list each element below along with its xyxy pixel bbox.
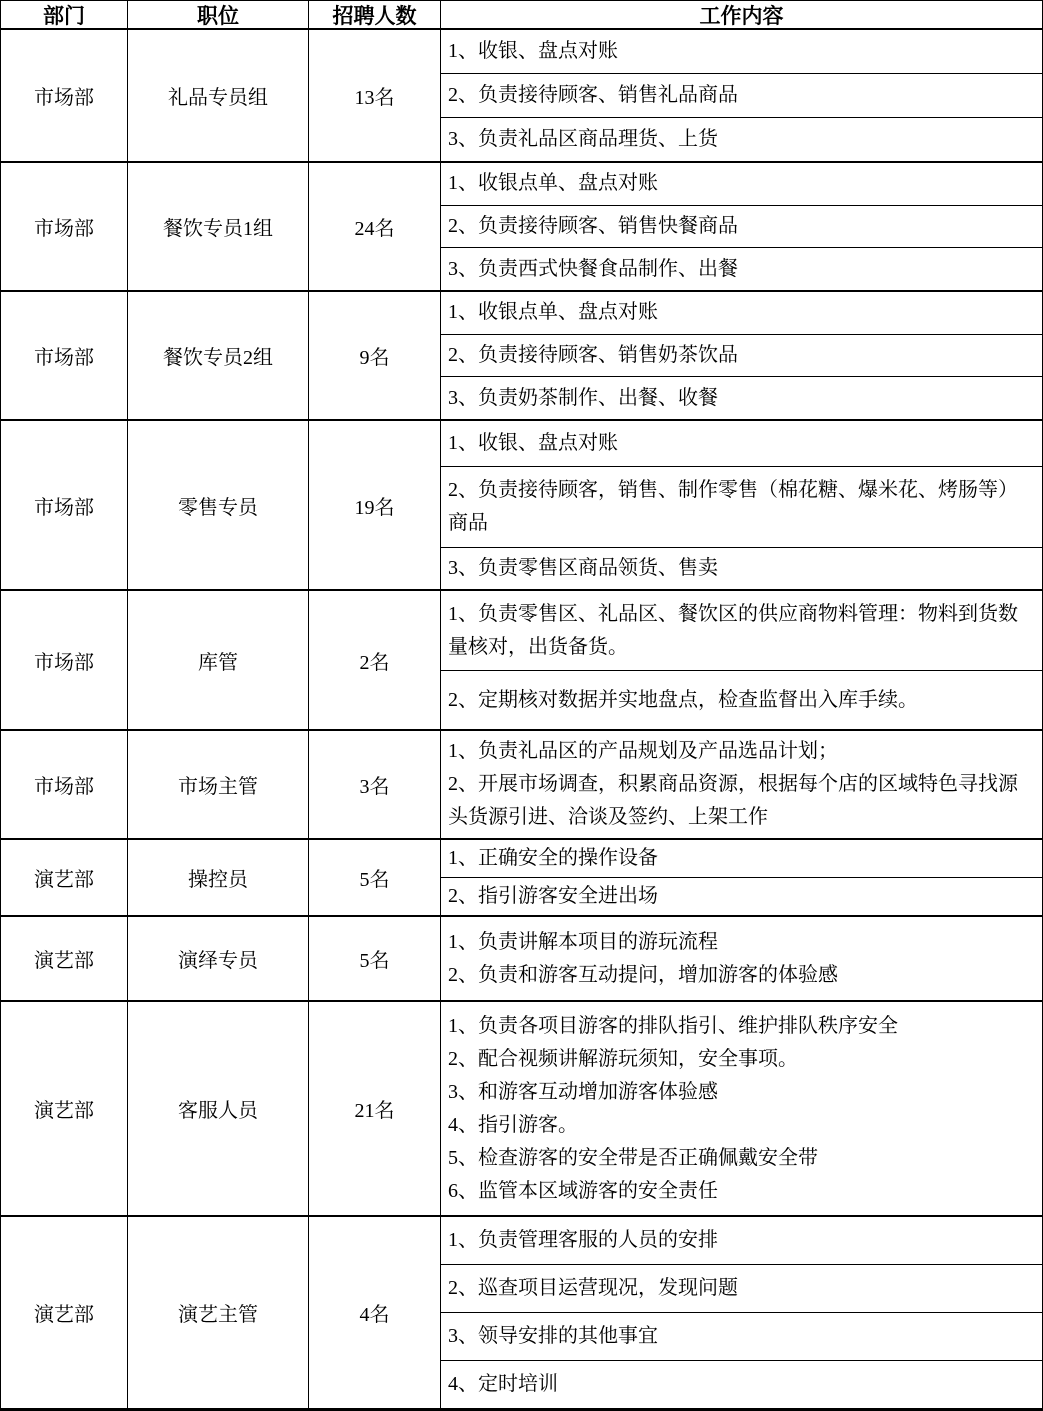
position-cell: 礼品专员组 (128, 30, 309, 161)
department-cell: 市场部 (1, 30, 128, 161)
task-item: 3、和游客互动增加游客体验感 (448, 1076, 1032, 1109)
task-item: 1、负责零售区、礼品区、餐饮区的供应商物料管理：物料到货数量核对，出货备货。 (441, 591, 1042, 671)
position-text: 零售专员 (178, 491, 258, 520)
header-cell-department: 部门 (1, 1, 128, 28)
position-text: 演艺主管 (178, 1298, 258, 1327)
tasks-cell: 1、收银点单、盘点对账 2、负责接待顾客、销售快餐商品 3、负责西式快餐食品制作… (441, 163, 1042, 290)
department-cell: 市场部 (1, 163, 128, 290)
count-cell: 19名 (309, 421, 441, 589)
department-text: 市场部 (34, 646, 94, 675)
tasks-cell: 1、负责管理客服的人员的安排 2、巡查项目运营现况，发现问题 3、领导安排的其他… (441, 1217, 1042, 1408)
count-text: 13名 (355, 81, 395, 110)
task-item: 3、领导安排的其他事宜 (441, 1313, 1042, 1361)
table-row-marketing-supervisor: 市场部 市场主管 3名 1、负责礼品区的产品规划及产品选品计划； 2、开展市场调… (1, 731, 1042, 840)
count-text: 5名 (360, 944, 390, 973)
position-text: 操控员 (188, 863, 248, 892)
position-text: 餐饮专员1组 (163, 212, 273, 241)
task-item: 2、负责接待顾客、销售礼品商品 (441, 74, 1042, 118)
table-row-warehouse-keeper: 市场部 库管 2名 1、负责零售区、礼品区、餐饮区的供应商物料管理：物料到货数量… (1, 591, 1042, 731)
task-item: 4、定时培训 (441, 1361, 1042, 1408)
department-cell: 市场部 (1, 731, 128, 838)
count-cell: 2名 (309, 591, 441, 729)
department-cell: 市场部 (1, 421, 128, 589)
task-item: 2、配合视频讲解游玩须知，安全事项。 (448, 1043, 1032, 1076)
task-item: 2、定期核对数据并实地盘点，检查监督出入库手续。 (441, 671, 1042, 729)
position-text: 库管 (198, 646, 238, 675)
position-text: 餐饮专员2组 (163, 341, 273, 370)
task-item: 1、负责讲解本项目的游玩流程 (448, 926, 1032, 959)
task-item: 3、负责奶茶制作、出餐、收餐 (441, 377, 1042, 419)
count-text: 3名 (360, 770, 390, 799)
table-row-catering-group1: 市场部 餐饮专员1组 24名 1、收银点单、盘点对账 2、负责接待顾客、销售快餐… (1, 163, 1042, 292)
table-header-row: 部门 职位 招聘人数 工作内容 (1, 1, 1042, 30)
position-text: 礼品专员组 (168, 81, 268, 110)
task-item: 2、负责接待顾客，销售、制作零售（棉花糖、爆米花、烤肠等）商品 (441, 467, 1042, 548)
task-item: 2、指引游客安全进出场 (441, 878, 1042, 915)
count-cell: 4名 (309, 1217, 441, 1408)
task-item: 2、负责接待顾客、销售快餐商品 (441, 206, 1042, 249)
position-cell: 市场主管 (128, 731, 309, 838)
header-position-label: 职位 (197, 1, 239, 28)
count-text: 2名 (360, 646, 390, 675)
task-item: 1、正确安全的操作设备 (441, 840, 1042, 878)
department-text: 演艺部 (34, 944, 94, 973)
department-text: 演艺部 (34, 1298, 94, 1327)
position-cell: 操控员 (128, 840, 309, 915)
tasks-cell: 1、正确安全的操作设备 2、指引游客安全进出场 (441, 840, 1042, 915)
department-text: 市场部 (34, 81, 94, 110)
position-cell: 库管 (128, 591, 309, 729)
department-cell: 演艺部 (1, 840, 128, 915)
task-item: 2、巡查项目运营现况，发现问题 (441, 1265, 1042, 1313)
position-cell: 演绎专员 (128, 917, 309, 1000)
table-row-performance-supervisor: 演艺部 演艺主管 4名 1、负责管理客服的人员的安排 2、巡查项目运营现况，发现… (1, 1217, 1042, 1408)
department-cell: 演艺部 (1, 917, 128, 1000)
department-text: 市场部 (34, 491, 94, 520)
count-text: 5名 (360, 863, 390, 892)
task-item: 3、负责西式快餐食品制作、出餐 (441, 248, 1042, 290)
count-cell: 3名 (309, 731, 441, 838)
task-item: 1、负责管理客服的人员的安排 (441, 1217, 1042, 1265)
tasks-cell: 1、负责讲解本项目的游玩流程 2、负责和游客互动提问，增加游客的体验感 (441, 917, 1042, 1000)
count-text: 24名 (355, 212, 395, 241)
task-item: 1、收银点单、盘点对账 (441, 292, 1042, 335)
task-item: 2、开展市场调查，积累商品资源，根据每个店的区域特色寻找源头货源引进、洽谈及签约… (448, 768, 1032, 834)
count-text: 9名 (360, 341, 390, 370)
department-cell: 演艺部 (1, 1217, 128, 1408)
header-count-label: 招聘人数 (333, 1, 417, 28)
count-cell: 5名 (309, 840, 441, 915)
tasks-cell: 1、收银、盘点对账 2、负责接待顾客，销售、制作零售（棉花糖、爆米花、烤肠等）商… (441, 421, 1042, 589)
tasks-cell: 1、负责各项目游客的排队指引、维护排队秩序安全 2、配合视频讲解游玩须知，安全事… (441, 1002, 1042, 1215)
tasks-cell: 1、负责零售区、礼品区、餐饮区的供应商物料管理：物料到货数量核对，出货备货。 2… (441, 591, 1042, 729)
department-text: 演艺部 (34, 863, 94, 892)
department-cell: 市场部 (1, 292, 128, 419)
table-row-customer-service: 演艺部 客服人员 21名 1、负责各项目游客的排队指引、维护排队秩序安全 2、配… (1, 1002, 1042, 1217)
header-cell-count: 招聘人数 (309, 1, 441, 28)
position-cell: 零售专员 (128, 421, 309, 589)
count-text: 19名 (355, 491, 395, 520)
header-department-label: 部门 (43, 1, 85, 28)
department-cell: 演艺部 (1, 1002, 128, 1215)
header-content-label: 工作内容 (700, 1, 784, 28)
task-item: 1、负责礼品区的产品规划及产品选品计划； (448, 735, 1032, 768)
position-cell: 演艺主管 (128, 1217, 309, 1408)
task-item: 4、指引游客。 (448, 1109, 1032, 1142)
tasks-cell: 1、负责礼品区的产品规划及产品选品计划； 2、开展市场调查，积累商品资源，根据每… (441, 731, 1042, 838)
count-cell: 5名 (309, 917, 441, 1000)
header-cell-position: 职位 (128, 1, 309, 28)
task-item: 6、监管本区域游客的安全责任 (448, 1175, 1032, 1208)
table-row-operator: 演艺部 操控员 5名 1、正确安全的操作设备 2、指引游客安全进出场 (1, 840, 1042, 917)
task-item: 3、负责礼品区商品理货、上货 (441, 118, 1042, 161)
position-cell: 客服人员 (128, 1002, 309, 1215)
department-text: 市场部 (34, 770, 94, 799)
position-text: 客服人员 (178, 1094, 258, 1123)
position-cell: 餐饮专员2组 (128, 292, 309, 419)
table-row-gift-specialist: 市场部 礼品专员组 13名 1、收银、盘点对账 2、负责接待顾客、销售礼品商品 … (1, 30, 1042, 163)
tasks-cell: 1、收银点单、盘点对账 2、负责接待顾客、销售奶茶饮品 3、负责奶茶制作、出餐、… (441, 292, 1042, 419)
header-cell-content: 工作内容 (441, 1, 1042, 28)
count-cell: 24名 (309, 163, 441, 290)
table-row-performance-specialist: 演艺部 演绎专员 5名 1、负责讲解本项目的游玩流程 2、负责和游客互动提问，增… (1, 917, 1042, 1002)
task-item: 1、收银、盘点对账 (441, 421, 1042, 467)
task-item: 2、负责接待顾客、销售奶茶饮品 (441, 335, 1042, 378)
count-text: 4名 (360, 1298, 390, 1327)
count-cell: 21名 (309, 1002, 441, 1215)
task-item: 2、负责和游客互动提问，增加游客的体验感 (448, 959, 1032, 992)
count-text: 21名 (355, 1094, 395, 1123)
task-item: 3、负责零售区商品领货、售卖 (441, 548, 1042, 589)
task-item: 5、检查游客的安全带是否正确佩戴安全带 (448, 1142, 1032, 1175)
count-cell: 13名 (309, 30, 441, 161)
department-text: 市场部 (34, 212, 94, 241)
department-text: 市场部 (34, 341, 94, 370)
position-text: 市场主管 (178, 770, 258, 799)
task-item: 1、负责各项目游客的排队指引、维护排队秩序安全 (448, 1010, 1032, 1043)
task-item: 1、收银点单、盘点对账 (441, 163, 1042, 206)
count-cell: 9名 (309, 292, 441, 419)
department-cell: 市场部 (1, 591, 128, 729)
position-cell: 餐饮专员1组 (128, 163, 309, 290)
department-text: 演艺部 (34, 1094, 94, 1123)
position-text: 演绎专员 (178, 944, 258, 973)
recruitment-table: 部门 职位 招聘人数 工作内容 市场部 礼品专员组 13名 1、收银、盘点对账 … (0, 0, 1043, 1411)
table-row-catering-group2: 市场部 餐饮专员2组 9名 1、收银点单、盘点对账 2、负责接待顾客、销售奶茶饮… (1, 292, 1042, 421)
tasks-cell: 1、收银、盘点对账 2、负责接待顾客、销售礼品商品 3、负责礼品区商品理货、上货 (441, 30, 1042, 161)
task-item: 1、收银、盘点对账 (441, 30, 1042, 74)
table-row-retail-specialist: 市场部 零售专员 19名 1、收银、盘点对账 2、负责接待顾客，销售、制作零售（… (1, 421, 1042, 591)
